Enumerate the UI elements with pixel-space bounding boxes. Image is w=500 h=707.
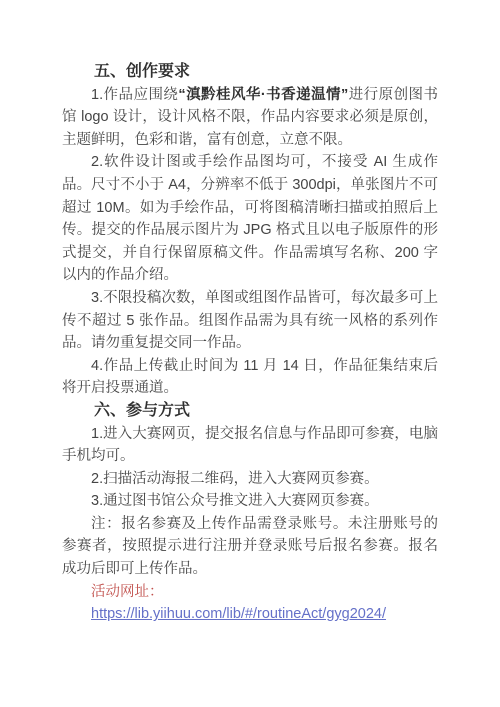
section-5-para-3: 3.不限投稿次数，单图或组图作品皆可，每次最多可上传不超过 5 张作品。组图作品…: [62, 287, 438, 355]
section-5-para-1: 1.作品应围绕“滇黔桂风华·书香递温情”进行原创图书馆 logo 设计，设计风格…: [62, 84, 438, 152]
activity-url-row: https://lib.yiihuu.com/lib/#/routineAct/…: [62, 603, 438, 626]
theme-slogan: “滇黔桂风华·书香递温情”: [178, 87, 348, 103]
para-1-text-before: 1.作品应围绕: [91, 87, 178, 103]
section-5-para-4: 4.作品上传截止时间为 11 月 14 日，作品征集结束后将开启投票通道。: [62, 355, 438, 400]
section-6-note: 注：报名参赛及上传作品需登录账号。未注册账号的参赛者，按照提示进行注册并登录账号…: [62, 513, 438, 581]
section-6-heading: 六、参与方式: [62, 400, 438, 423]
section-5-heading: 五、创作要求: [62, 61, 438, 84]
activity-site-label: 活动网址：: [62, 581, 438, 604]
section-6-para-2: 2.扫描活动海报二维码，进入大赛网页参赛。: [62, 468, 438, 491]
document-page: 五、创作要求 1.作品应围绕“滇黔桂风华·书香递温情”进行原创图书馆 logo …: [0, 0, 500, 707]
section-6-para-1: 1.进入大赛网页，提交报名信息与作品即可参赛，电脑手机均可。: [62, 423, 438, 468]
section-6-para-3: 3.通过图书馆公众号推文进入大赛网页参赛。: [62, 490, 438, 513]
section-5-para-2: 2.软件设计图或手绘作品图均可，不接受 AI 生成作品。尺寸不小于 A4，分辨率…: [62, 151, 438, 287]
activity-url-link[interactable]: https://lib.yiihuu.com/lib/#/routineAct/…: [91, 606, 386, 622]
